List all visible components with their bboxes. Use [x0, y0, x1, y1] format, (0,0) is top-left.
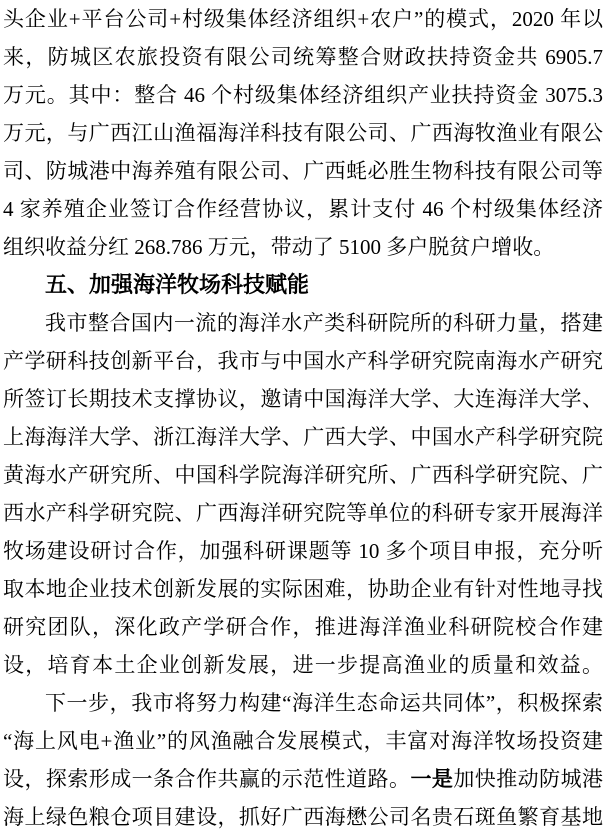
text-line: 组织收益分红 268.786 万元，带动了 5100 多户脱贫户增收。: [3, 228, 603, 266]
text-segment: 设，探索形成一条合作共赢的示范性道路。: [3, 767, 410, 791]
paragraph-first-line: 下一步，我市将努力构建“海洋生态命运共同体”，积极探索: [3, 684, 603, 722]
text-line: 所签订长期技术支撑协议，邀请中国海洋大学、大连海洋大学、: [3, 380, 603, 418]
text-line: 研究团队，深化政产学研合作，推进海洋渔业科研院校合作建: [3, 608, 603, 646]
text-line: 黄海水产研究所、中国科学院海洋研究所、广西科学研究院、广: [3, 456, 603, 494]
text-line: 上海海洋大学、浙江海洋大学、广西大学、中国水产科学研究院: [3, 418, 603, 456]
text-line: 设，培育本土企业创新发展，进一步提高渔业的质量和效益。: [3, 646, 603, 684]
text-line: 牧场建设研讨合作，加强科研课题等 10 多个项目申报，充分听: [3, 532, 603, 570]
text-line: 来，防城区农旅投资有限公司统筹整合财政扶持资金共 6905.7: [3, 38, 603, 76]
paragraph-first-line: 我市整合国内一流的海洋水产类科研院所的科研力量，搭建: [3, 304, 603, 342]
text-segment: 加快推动防城港: [453, 767, 603, 791]
text-line: 设，探索形成一条合作共赢的示范性道路。一是加快推动防城港: [3, 760, 603, 798]
text-line: 取本地企业技术创新发展的实际困难，协助企业有针对性地寻找: [3, 570, 603, 608]
text-line: 司、防城港中海养殖有限公司、广西蚝必胜生物科技有限公司等: [3, 152, 603, 190]
text-line: 4 家养殖企业签订合作经营协议，累计支付 46 个村级集体经济: [3, 190, 603, 228]
emphasis-text: 一是: [410, 767, 453, 791]
section-heading: 五、加强海洋牧场科技赋能: [3, 266, 603, 304]
text-line: 海上绿色粮仓项目建设，抓好广西海懋公司名贵石斑鱼繁育基地: [3, 798, 603, 836]
document-page: 头企业+平台公司+村级集体经济组织+农户”的模式，2020 年以 来，防城区农旅…: [0, 0, 606, 836]
text-line: 万元，与广西江山渔福海洋科技有限公司、广西海牧渔业有限公: [3, 114, 603, 152]
text-line: 西水产科学研究院、广西海洋研究院等单位的科研专家开展海洋: [3, 494, 603, 532]
text-line: “海上风电+渔业”的风渔融合发展模式，丰富对海洋牧场投资建: [3, 722, 603, 760]
text-line: 万元。其中：整合 46 个村级集体经济组织产业扶持资金 3075.3: [3, 76, 603, 114]
text-line: 产学研科技创新平台，我市与中国水产科学研究院南海水产研究: [3, 342, 603, 380]
text-line: 头企业+平台公司+村级集体经济组织+农户”的模式，2020 年以: [3, 0, 603, 38]
